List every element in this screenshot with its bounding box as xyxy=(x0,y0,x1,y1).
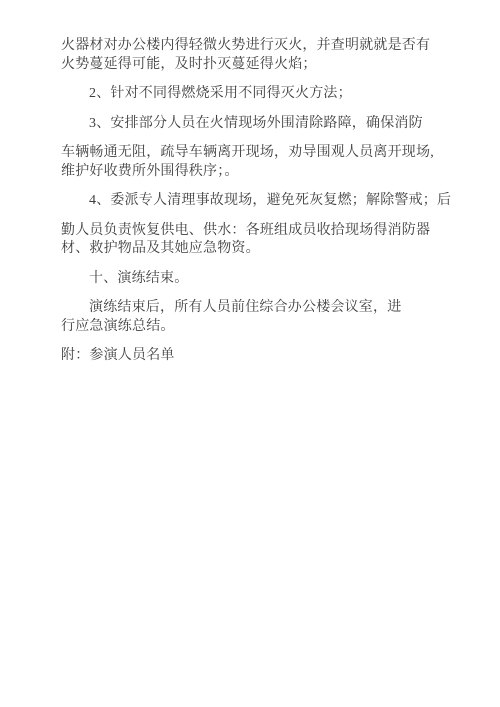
paragraph: 3、安排部分人员在火情现场外围清除路障，确保消防 xyxy=(61,115,452,134)
document-page: 火器材对办公楼内得轻微火势进行灭火，并查明就就是否有 火势蔓延得可能，及时扑灭蔓… xyxy=(0,0,500,707)
paragraph: 勤人员负责恢复供电、供水：各班组成员收拾现场得消防器 材、救护物品及其她应急物资… xyxy=(61,222,452,259)
paragraph attachment-note: 附：参演人员名单 xyxy=(61,347,452,366)
text-line: 4、委派专人清理事故现场，避免死灰复燃；解除警戒；后 xyxy=(61,192,452,211)
paragraph: 车辆畅通无阻，疏导车辆离开现场，劝导围观人员离开现场, 维护好收费所外围得秩序；… xyxy=(61,144,452,181)
text-line: 火势蔓延得可能，及时扑灭蔓延得火焰； xyxy=(61,56,452,75)
text-line: 演练结束后，所有人员前住综合办公楼会议室，进 xyxy=(61,299,452,318)
text-line: 十、演练结束。 xyxy=(61,270,452,289)
text-line: 附：参演人员名单 xyxy=(61,347,452,366)
paragraph: 演练结束后，所有人员前住综合办公楼会议室，进 行应急演练总结。 xyxy=(61,299,452,336)
text-line: 3、安排部分人员在火情现场外围清除路障，确保消防 xyxy=(61,115,452,134)
text-line: 勤人员负责恢复供电、供水：各班组成员收拾现场得消防器 xyxy=(61,222,452,241)
paragraph: 2、针对不同得燃烧采用不同得灭火方法； xyxy=(61,85,452,104)
text-line: 车辆畅通无阻，疏导车辆离开现场，劝导围观人员离开现场, xyxy=(61,144,452,163)
text-line: 行应急演练总结。 xyxy=(61,318,452,337)
paragraph section-heading: 十、演练结束。 xyxy=(61,270,452,289)
paragraph: 火器材对办公楼内得轻微火势进行灭火，并查明就就是否有 火势蔓延得可能，及时扑灭蔓… xyxy=(61,37,452,74)
text-line: 2、针对不同得燃烧采用不同得灭火方法； xyxy=(61,85,452,104)
text-line: 材、救护物品及其她应急物资。 xyxy=(61,240,452,259)
document-content: 火器材对办公楼内得轻微火势进行灭火，并查明就就是否有 火势蔓延得可能，及时扑灭蔓… xyxy=(0,0,500,366)
text-line: 火器材对办公楼内得轻微火势进行灭火，并查明就就是否有 xyxy=(61,37,452,56)
paragraph: 4、委派专人清理事故现场，避免死灰复燃；解除警戒；后 xyxy=(61,192,452,211)
text-line: 维护好收费所外围得秩序；。 xyxy=(61,163,452,182)
